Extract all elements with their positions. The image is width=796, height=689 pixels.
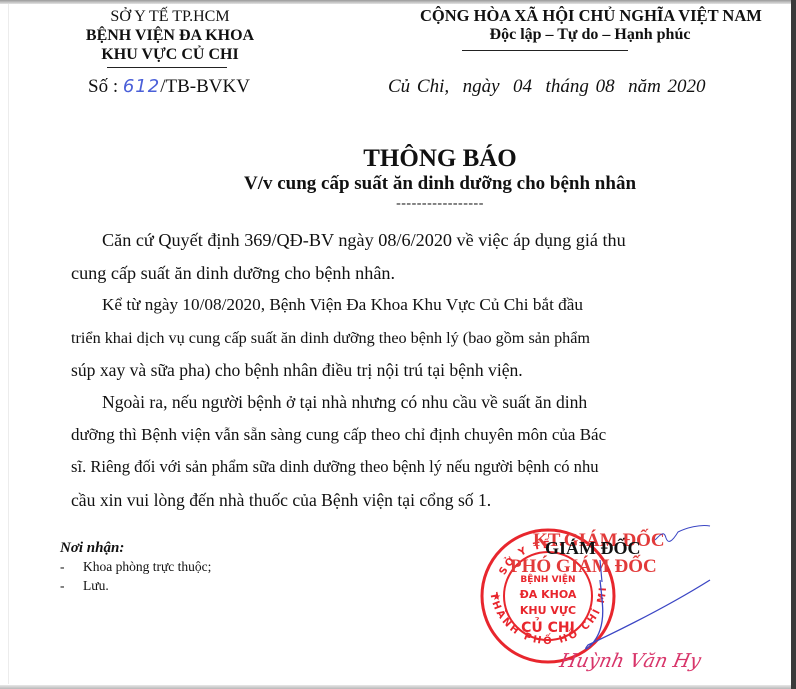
window-top-border [0, 0, 796, 4]
body-paragraph-1: Căn cứ Quyết định 369/QĐ-BV ngày 08/6/20… [71, 224, 467, 289]
document-number-suffix: /TB-BVKV [160, 76, 250, 97]
recipients-title: Nơi nhận: [60, 540, 124, 557]
page-left-edge [8, 4, 9, 684]
title-separator: ----------------- [200, 196, 680, 212]
body-line: Căn cứ Quyết định 369/QĐ-BV ngày 08/6/20… [71, 224, 467, 257]
body-paragraph-2: Kể từ ngày 10/08/2020, Bệnh Viện Đa Khoa… [71, 289, 467, 387]
body-paragraph-3: Ngoài ra, nếu người bệnh ở tại nhà nhưng… [71, 386, 467, 516]
body-line: Kể từ ngày 10/08/2020, Bệnh Viện Đa Khoa… [71, 289, 467, 322]
window-right-border [791, 0, 796, 689]
national-title: CỘNG HÒA XÃ HỘI CHỦ NGHĨA VIỆT NAM [420, 6, 760, 26]
national-motto: Độc lập – Tự do – Hạnh phúc [420, 26, 760, 44]
body-line: triển khai dịch vụ cung cấp suất ăn dinh… [71, 322, 467, 355]
recipient-text: Khoa phòng trực thuộc; [83, 559, 211, 574]
document-subject: V/v cung cấp suất ăn dinh dưỡng cho bệnh… [200, 173, 680, 195]
document-number-handwritten: 612 [123, 76, 160, 97]
hospital-name-line1: BỆNH VIỆN ĐA KHOA [60, 27, 280, 45]
body-line: dưỡng thì Bệnh viện vẫn sẵn sàng cung cấ… [71, 419, 467, 452]
bullet-dash: - [60, 559, 83, 575]
header-right-underline [462, 50, 628, 51]
place-and-date: Củ Chi, ngày 04 tháng 08 năm 2020 [388, 76, 706, 98]
bullet-dash: - [60, 578, 83, 594]
body-line: Ngoài ra, nếu người bệnh ở tại nhà nhưng… [71, 386, 467, 419]
document-title: THÔNG BÁO [200, 145, 680, 173]
window-bottom-border [0, 685, 791, 689]
department-name: SỞ Y TẾ TP.HCM [80, 8, 260, 26]
signer-name: Huỳnh Văn Hy [558, 650, 703, 672]
body-line: sĩ. Riêng đối với sản phẩm sữa dinh dưỡn… [71, 451, 467, 484]
document-number-prefix: Số : [88, 76, 118, 97]
body-line: cầu xin vui lòng đến nhà thuốc của Bệnh … [71, 484, 467, 517]
body-line: súp xay và sữa pha) cho bệnh nhân điều t… [71, 354, 467, 387]
document-number: Số : 612/TB-BVKV [88, 76, 250, 98]
body-line: cung cấp suất ăn dinh dưỡng cho bệnh nhâ… [71, 257, 467, 290]
header-left-underline [107, 67, 227, 68]
recipient-item: -Lưu. [60, 578, 109, 594]
svg-text:★: ★ [492, 592, 501, 603]
recipient-item: -Khoa phòng trực thuộc; [60, 559, 211, 575]
handwritten-signature-icon [560, 520, 760, 660]
hospital-name-line2: KHU VỰC CỦ CHI [60, 46, 280, 64]
recipient-text: Lưu. [83, 578, 109, 593]
